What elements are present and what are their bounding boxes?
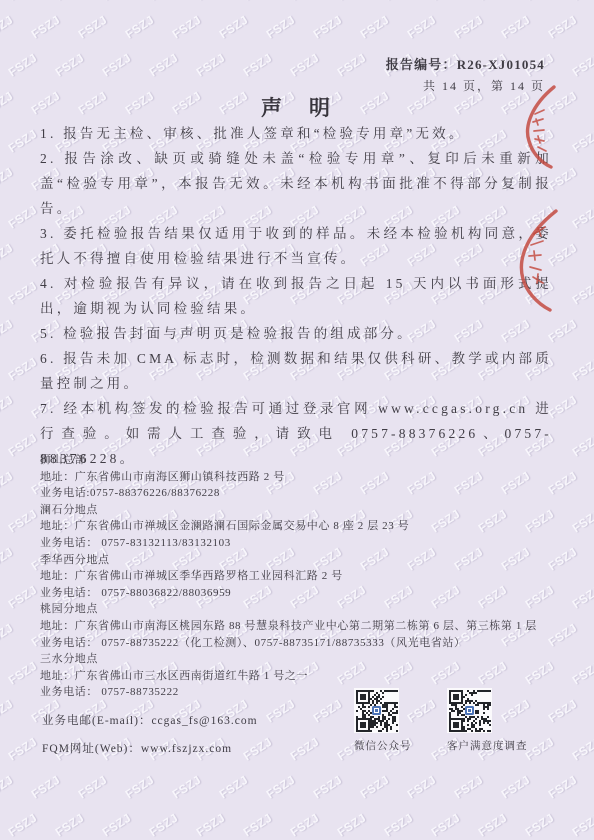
location-phone-shishan: 业务电话:0757-88376226/88376228: [40, 485, 585, 502]
location-phone-jihuaxi: 业务电话： 0757-88036822/88036959: [40, 585, 585, 602]
location-name-lanshi: 澜石分地点: [40, 502, 585, 519]
satisfaction-survey-qr-code: [447, 688, 492, 733]
paging-seal-middle-icon: [504, 206, 568, 314]
declaration-list: 1. 报告无主检、审核、批准人签章和“检验专用章”无效。 2. 报告涂改、缺页或…: [40, 121, 552, 471]
qr-center-logo: [465, 706, 474, 715]
website-url: FQM网址(Web)：www.fszjzx.com: [42, 740, 232, 756]
declaration-item-4: 4. 对检验报告有异议，请在收到报告之日起 15 天内以书面形式提出，逾期视为认…: [40, 271, 552, 321]
report-number: 报告编号：R26-XJ01054: [386, 54, 545, 73]
location-address-jihuaxi: 地址：广东省佛山市禅城区季华西路罗格工业园科汇路 2 号: [40, 568, 585, 585]
location-name-taoyuan: 桃园分地点: [40, 601, 585, 618]
declaration-item-2: 2. 报告涂改、缺页或骑缝处未盖“检验专用章”、复印后未重新加盖“检验专用章”，…: [40, 146, 552, 221]
wechat-qr-label: 微信公众号: [354, 738, 434, 753]
declaration-item-6: 6. 报告未加 CMA 标志时，检测数据和结果仅供科研、教学或内部质量控制之用。: [40, 346, 552, 396]
declaration-item-3: 3. 委托检验报告结果仅适用于收到的样品。未经本检验机构同意，委托人不得擅自使用…: [40, 221, 552, 271]
location-address-shishan: 地址：广东省佛山市南海区狮山镇科技西路 2 号: [40, 469, 585, 486]
report-declaration-page: FSZJFSZJFSZJFSZJFSZJFSZJFSZJFSZJFSZJFSZJ…: [0, 0, 594, 840]
declaration-item-1: 1. 报告无主检、审核、批准人签章和“检验专用章”无效。: [40, 121, 552, 146]
qr-center-logo: [372, 706, 381, 715]
declaration-item-5: 5. 检验报告封面与声明页是检验报告的组成部分。: [40, 321, 552, 346]
page-title: 声 明: [0, 92, 594, 122]
location-address-taoyuan: 地址：广东省佛山市南海区桃园东路 88 号慧泉科技产业中心第二期第二栋第 6 层…: [40, 618, 585, 635]
locations-block: 狮山总部 地址：广东省佛山市南海区狮山镇科技西路 2 号 业务电话:0757-8…: [40, 452, 585, 701]
location-address-sanshui: 地址：广东省佛山市三水区西南街道红牛路 1 号之一: [40, 668, 585, 685]
location-name-shishan: 狮山总部: [40, 452, 585, 469]
wechat-qr-code: [354, 688, 399, 733]
location-phone-lanshi: 业务电话： 0757-83132113/83132103: [40, 535, 585, 552]
location-phone-taoyuan: 业务电话： 0757-88735222（化工检测）、0757-88735171/…: [40, 635, 585, 652]
satisfaction-survey-qr-label: 客户满意度调查: [447, 738, 527, 753]
business-email: 业务电邮(E-mail)：ccgas_fs@163.com: [42, 712, 258, 728]
location-name-sanshui: 三水分地点: [40, 651, 585, 668]
paging-seal-top-icon: [516, 84, 562, 170]
location-name-jihuaxi: 季华西分地点: [40, 552, 585, 569]
location-address-lanshi: 地址：广东省佛山市禅城区金澜路澜石国际金属交易中心 8 座 2 层 23 号: [40, 518, 585, 535]
